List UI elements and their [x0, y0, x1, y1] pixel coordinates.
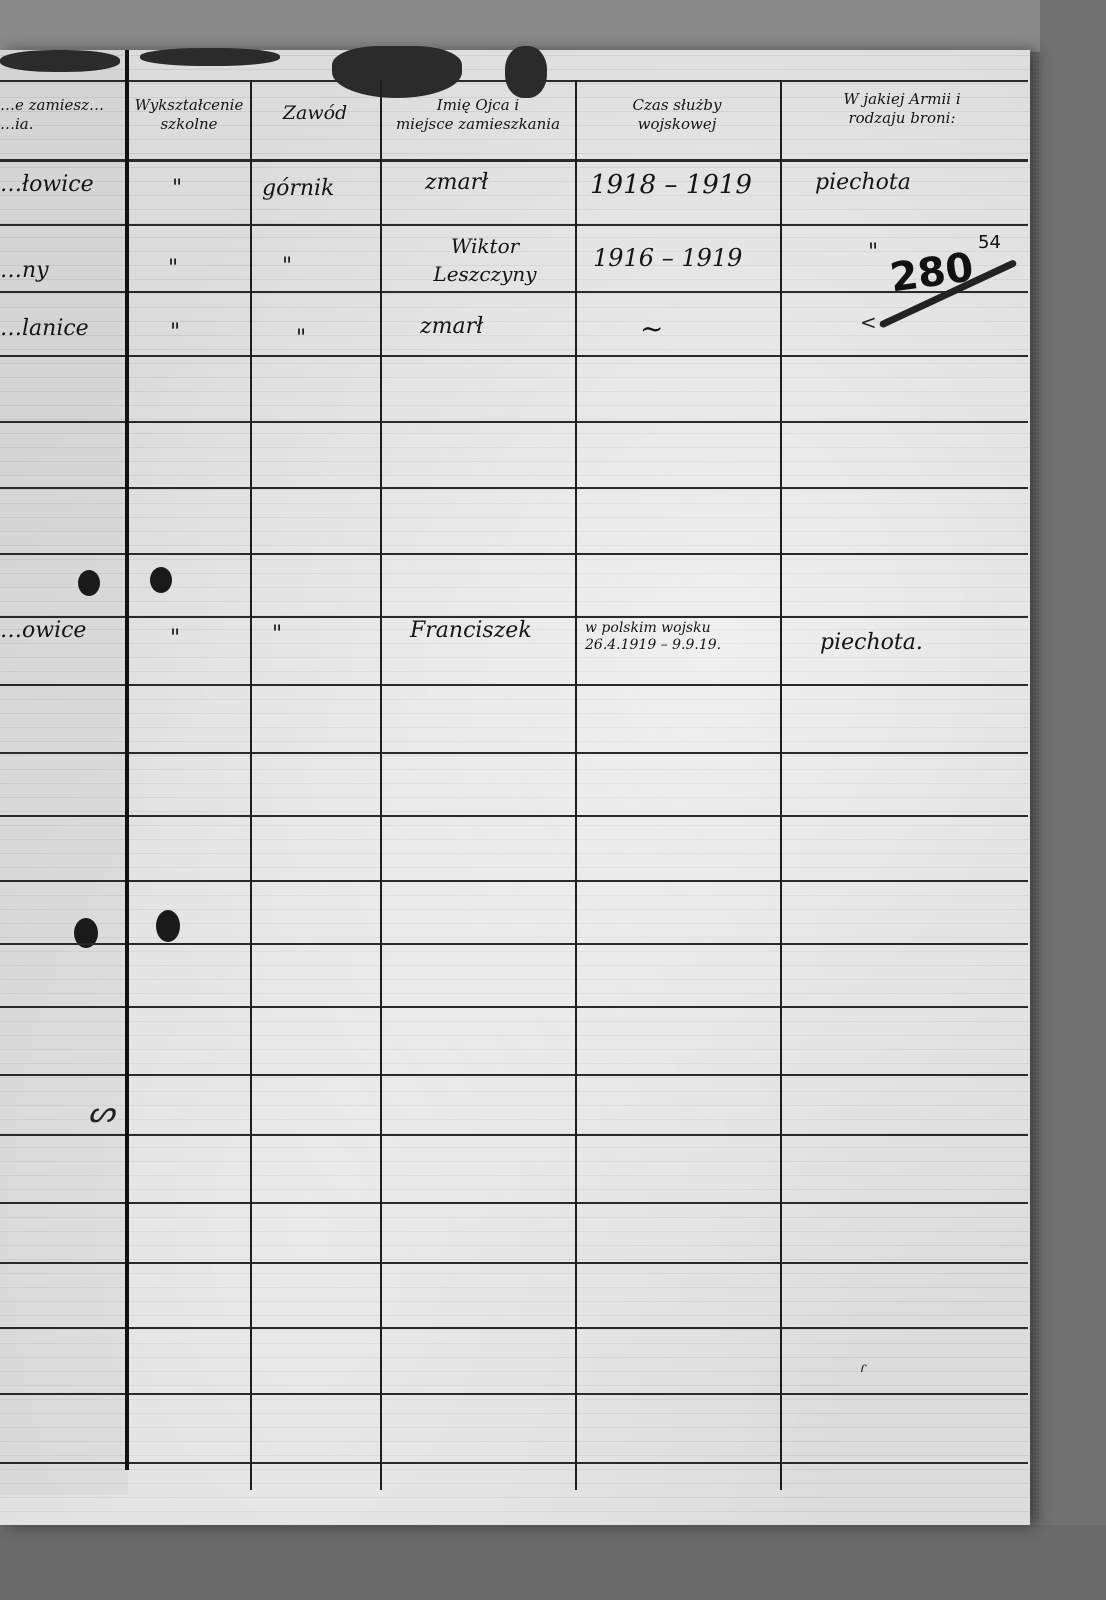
- scan-background-bottom: [0, 1525, 1106, 1600]
- row2-father: Wiktor Leszczyny: [400, 232, 570, 288]
- row-rule: [0, 1006, 1028, 1008]
- column-divider-father: [575, 80, 577, 1490]
- row3-place: …lanice: [0, 316, 89, 341]
- row3-father: zmarł: [420, 314, 483, 339]
- row1-place: …łowice: [0, 172, 94, 197]
- row-rule: [0, 291, 1028, 293]
- row-rule: [0, 752, 1028, 754]
- ink-stain: [505, 46, 547, 98]
- row1-army-branch: piechota: [815, 170, 911, 195]
- column-divider-service: [780, 80, 782, 1490]
- row-rule: [0, 1202, 1028, 1204]
- column-divider-education: [250, 80, 252, 1490]
- header-education: Wykształcenie szkolne: [130, 96, 248, 134]
- row1-occupation: górnik: [262, 176, 334, 201]
- row7-army-branch: piechota.: [820, 630, 923, 655]
- row1-father: zmarł: [425, 170, 488, 195]
- stray-mark: ᔕ: [88, 1095, 115, 1130]
- header-father: Imię Ojca i miejsce zamieszkania: [382, 96, 574, 134]
- row-rule: [0, 1393, 1028, 1395]
- row2-army-branch: ": [868, 240, 878, 265]
- row-rule: [0, 553, 1028, 555]
- row-rule: [0, 1462, 1028, 1464]
- row-rule: [0, 1074, 1028, 1076]
- row7-place: …owice: [0, 618, 86, 643]
- row-rule: [0, 1262, 1028, 1264]
- row-rule: [0, 1327, 1028, 1329]
- ink-stain: [0, 50, 120, 72]
- row-rule: [0, 487, 1028, 489]
- ink-stain: [332, 46, 462, 98]
- row1-education: ": [172, 176, 182, 201]
- pencil-arrow-mark: <: [860, 310, 877, 334]
- row2-service-time: 1916 – 1919: [593, 244, 742, 272]
- row2-education: ": [168, 256, 178, 281]
- punch-hole: [150, 567, 172, 593]
- column-divider-occupation: [380, 80, 382, 1490]
- row-rule: [0, 224, 1028, 226]
- row-rule: [0, 355, 1028, 357]
- row7-father: Franciszek: [410, 618, 532, 643]
- row-rule: [0, 684, 1028, 686]
- column-divider-place: [125, 50, 129, 1470]
- row-rule: [0, 1134, 1028, 1136]
- row1-service-time: 1918 – 1919: [590, 170, 752, 200]
- row-rule: [0, 421, 1028, 423]
- scan-background-right: [1040, 0, 1106, 1600]
- row-rule: [0, 815, 1028, 817]
- row3-occupation: ": [296, 326, 306, 351]
- header-place: …e zamiesz… …ia.: [0, 96, 122, 134]
- row3-education: ": [170, 320, 180, 345]
- header-army-branch: W jakiej Armii i rodzaju broni:: [782, 90, 1022, 128]
- row2-occupation: ": [282, 254, 292, 279]
- row7-education: ": [170, 626, 180, 651]
- ink-stain: [140, 48, 280, 66]
- punch-hole: [156, 910, 180, 942]
- row7-occupation: ": [272, 622, 282, 647]
- stray-mark: ɾ: [860, 1360, 866, 1376]
- row7-service-time: w polskim wojsku 26.4.1919 – 9.9.19.: [585, 620, 780, 654]
- header-bottom-rule: [0, 159, 1028, 162]
- header-service-time: Czas służby wojskowej: [577, 96, 777, 134]
- row2-place: …ny: [0, 258, 49, 283]
- punch-hole: [78, 570, 100, 596]
- row-rule: [0, 943, 1028, 945]
- row-rule: [0, 880, 1028, 882]
- archive-number-superscript: 54: [978, 232, 1001, 253]
- scan-background-top: [0, 0, 1106, 52]
- row3-service-time: ~: [640, 312, 663, 345]
- header-occupation: Zawód: [252, 104, 378, 123]
- header-top-rule: [0, 80, 1028, 82]
